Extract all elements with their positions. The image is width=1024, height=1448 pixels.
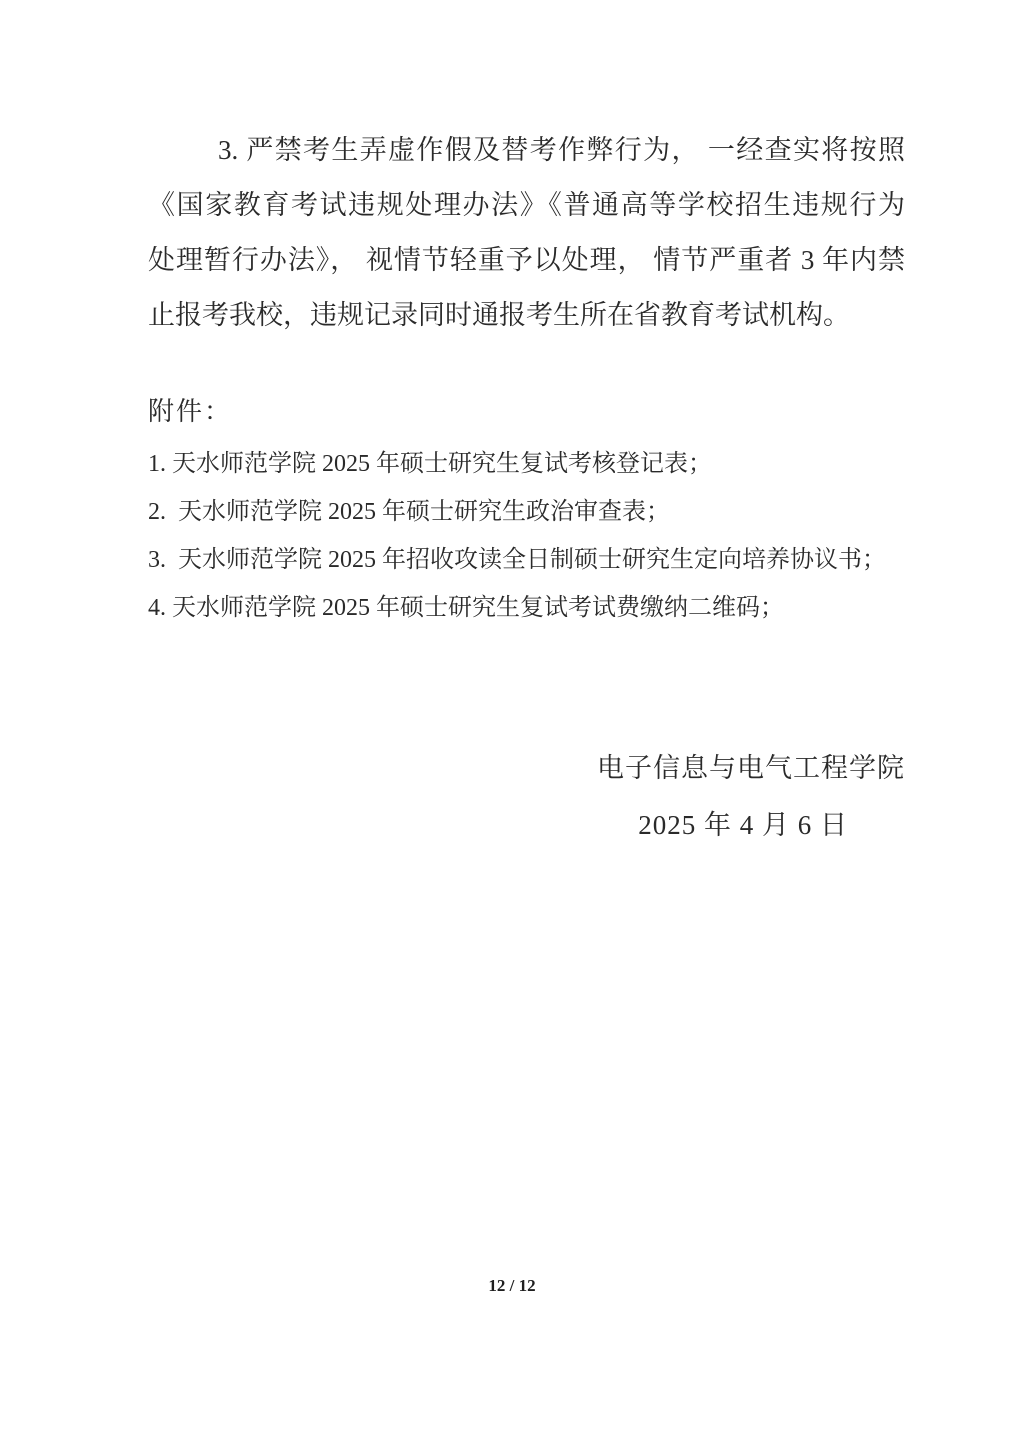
paragraph-line-1: 3. 严禁考生弄虚作假及替考作弊行为， 一经查实将按照 xyxy=(148,123,905,178)
attachment-item-3: 3. 天水师范学院 2025 年招收攻读全日制硕士研究生定向培养协议书； xyxy=(148,536,948,584)
paragraph-line-4: 止报考我校，违规记录同时通报考生所在省教育考试机构。 xyxy=(148,288,905,343)
attachments-section: 附件： 1. 天水师范学院 2025 年硕士研究生复试考核登记表； 2. 天水师… xyxy=(148,384,948,632)
paragraph-line-2: 《国家教育考试违规处理办法》《普通高等学校招生违规行为 xyxy=(148,178,905,233)
body-paragraph: 3. 严禁考生弄虚作假及替考作弊行为， 一经查实将按照 《国家教育考试违规处理办… xyxy=(148,123,905,343)
signature-department: 电子信息与电气工程学院 xyxy=(597,740,905,797)
attachment-item-1: 1. 天水师范学院 2025 年硕士研究生复试考核登记表； xyxy=(148,440,948,488)
attachment-item-2: 2. 天水师范学院 2025 年硕士研究生政治审查表； xyxy=(148,488,948,536)
signature-block: 电子信息与电气工程学院 2025 年 4 月 6 日 xyxy=(597,740,905,854)
signature-date: 2025 年 4 月 6 日 xyxy=(597,797,905,854)
page-number: 12 / 12 xyxy=(0,1276,1024,1296)
attachments-label: 附件： xyxy=(148,384,948,440)
paragraph-line-3: 处理暂行办法》， 视情节轻重予以处理， 情节严重者 3 年内禁 xyxy=(148,233,905,288)
document-page: 3. 严禁考生弄虚作假及替考作弊行为， 一经查实将按照 《国家教育考试违规处理办… xyxy=(0,0,1024,1448)
attachment-item-4: 4. 天水师范学院 2025 年硕士研究生复试考试费缴纳二维码； xyxy=(148,584,948,632)
